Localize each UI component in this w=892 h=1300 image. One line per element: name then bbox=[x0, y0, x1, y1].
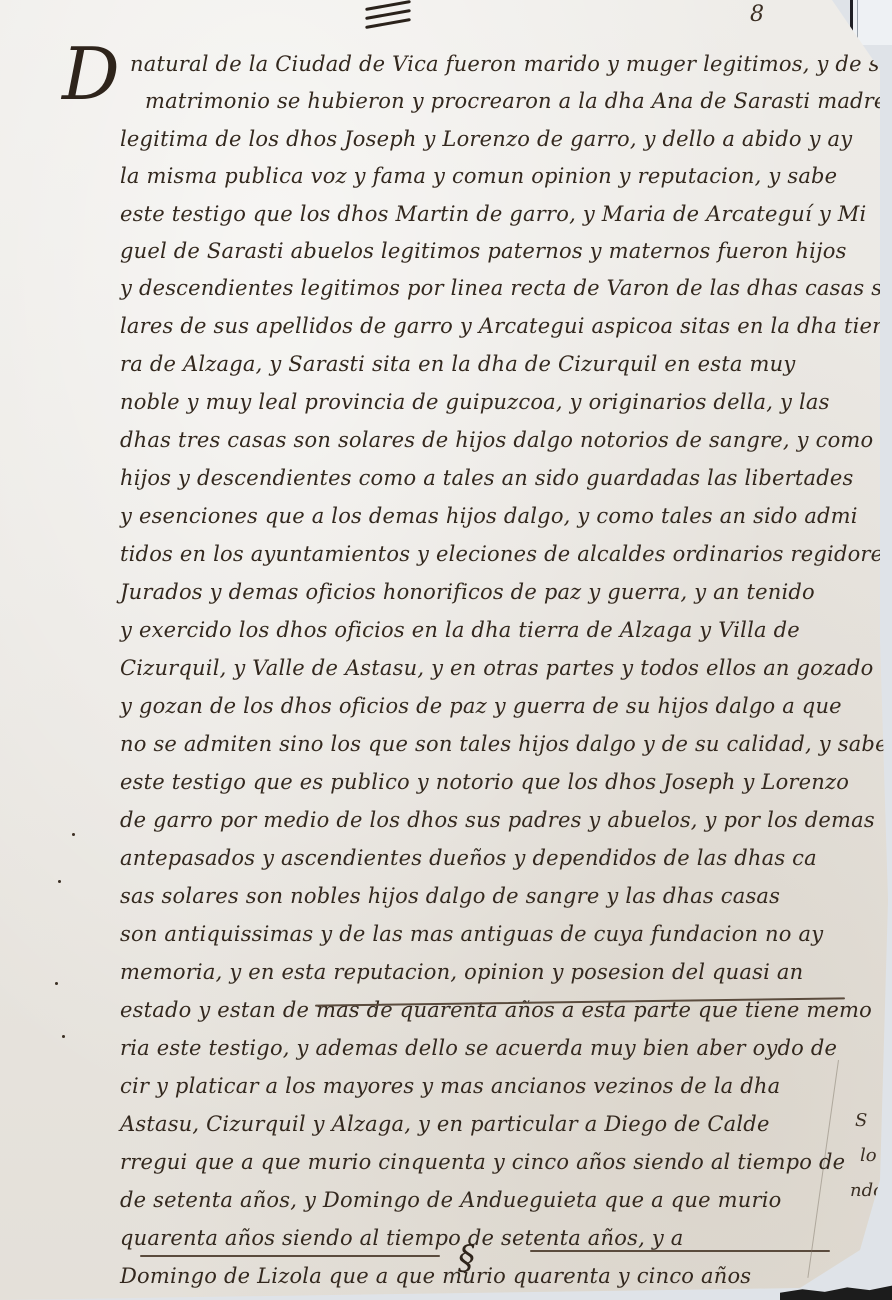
closing-rule-right bbox=[530, 1250, 830, 1252]
text-line: Domingo de Lizola que a que murio quaren… bbox=[120, 1264, 751, 1288]
text-line: dhas tres casas son solares de hijos dal… bbox=[120, 428, 873, 452]
text-line: hijos y descendientes como a tales an si… bbox=[120, 466, 853, 490]
text-line: tidos en los ayuntamientos y eleciones d… bbox=[120, 542, 892, 566]
margin-dot bbox=[55, 982, 58, 985]
text-line: legitima de los dhos Joseph y Lorenzo de… bbox=[120, 127, 852, 151]
text-line: cir y platicar a los mayores y mas ancia… bbox=[120, 1074, 780, 1098]
text-line: este testigo que los dhos Martin de garr… bbox=[120, 202, 866, 226]
text-line: de garro por medio de los dhos sus padre… bbox=[120, 808, 875, 832]
margin-dot bbox=[72, 833, 75, 836]
text-line: sas solares son nobles hijos dalgo de sa… bbox=[120, 884, 780, 908]
text-line: guel de Sarasti abuelos legitimos patern… bbox=[120, 239, 847, 263]
text-line: memoria, y en esta reputacion, opinion y… bbox=[120, 960, 803, 984]
text-line: este testigo que es publico y notorio qu… bbox=[120, 770, 849, 794]
text-line: rregui que a que murio cinquenta y cinco… bbox=[120, 1150, 845, 1174]
margin-dot bbox=[58, 880, 61, 883]
header-strike-mark bbox=[365, 4, 415, 32]
text-line: natural de la Ciudad de Vica fueron mari… bbox=[130, 52, 892, 76]
margin-note: S bbox=[855, 1110, 867, 1131]
text-line: quarenta años siendo al tiempo de setent… bbox=[120, 1226, 683, 1250]
text-line: Jurados y demas oficios honorificos de p… bbox=[120, 580, 815, 604]
text-line: y gozan de los dhos oficios de paz y gue… bbox=[120, 694, 842, 718]
initial-capital: D bbox=[62, 38, 120, 110]
text-line: Astasu, Cizurquil y Alzaga, y en particu… bbox=[120, 1112, 770, 1136]
manuscript-page: 8 D natural de la Ciudad de Vica fueron … bbox=[0, 0, 892, 1300]
text-line: antepasados y ascendientes dueños y depe… bbox=[120, 846, 817, 870]
text-line: no se admiten sino los que son tales hij… bbox=[120, 732, 888, 756]
text-line: Cizurquil, y Valle de Astasu, y en otras… bbox=[120, 656, 873, 680]
text-line: y esenciones que a los demas hijos dalgo… bbox=[120, 504, 858, 528]
closing-rule-left bbox=[140, 1255, 440, 1257]
text-line: matrimonio se hubieron y procrearon a la… bbox=[145, 89, 887, 113]
text-line: son antiquissimas y de las mas antiguas … bbox=[120, 922, 823, 946]
text-line: ra de Alzaga, y Sarasti sita en la dha d… bbox=[120, 352, 795, 376]
text-line: noble y muy leal provincia de guipuzcoa,… bbox=[120, 390, 830, 414]
text-line: de setenta años, y Domingo de Andueguiet… bbox=[120, 1188, 781, 1212]
closing-flourish: § bbox=[458, 1238, 475, 1278]
text-line: lares de sus apellidos de garro y Arcate… bbox=[120, 314, 882, 338]
text-line: la misma publica voz y fama y comun opin… bbox=[120, 164, 837, 188]
text-line: y exercido los dhos oficios en la dha ti… bbox=[120, 618, 800, 642]
margin-dot bbox=[62, 1035, 65, 1038]
text-line: ria este testigo, y ademas dello se acue… bbox=[120, 1036, 837, 1060]
margin-note: lo bbox=[860, 1145, 877, 1166]
text-line: y descendientes legitimos por linea rect… bbox=[120, 276, 892, 300]
folio-number: 8 bbox=[750, 2, 764, 27]
